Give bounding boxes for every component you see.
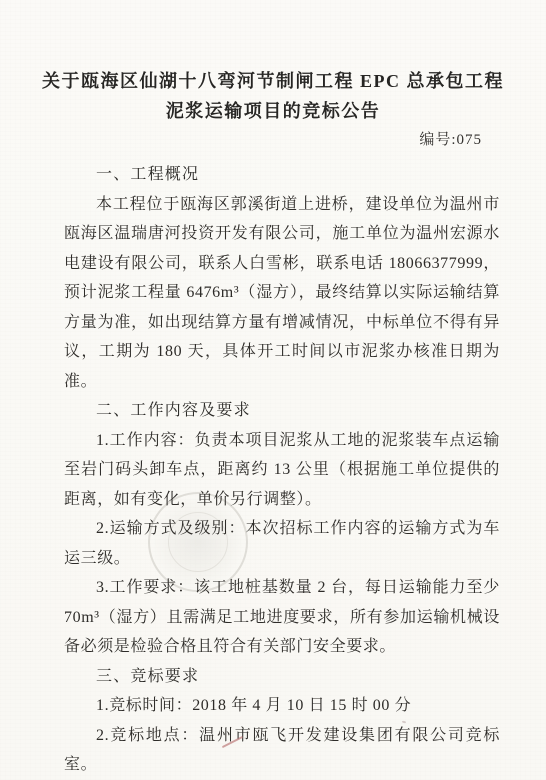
section-project-overview: 一、工程概况 本工程位于瓯海区郭溪街道上进桥，建设单位为温州市瓯海区温瑞唐河投资… bbox=[64, 160, 500, 396]
document-title-line-1: 关于瓯海区仙湖十八弯河节制闸工程 EPC 总承包工程 bbox=[18, 66, 528, 96]
section-heading-3: 三、竞标要求 bbox=[64, 662, 500, 692]
scanned-document-page: 关于瓯海区仙湖十八弯河节制闸工程 EPC 总承包工程 泥浆运输项目的竞标公告 编… bbox=[0, 0, 546, 780]
paragraph-work-content: 1.工作内容：负责本项目泥浆从工地的泥浆装车点运输至岩门码头卸车点，距离约 13… bbox=[64, 426, 500, 515]
section-heading-1: 一、工程概况 bbox=[64, 160, 500, 190]
document-title: 关于瓯海区仙湖十八弯河节制闸工程 EPC 总承包工程 泥浆运输项目的竞标公告 bbox=[18, 66, 528, 126]
paragraph-bid-location: 2.竞标地点：温州市瓯飞开发建设集团有限公司竞标室。 bbox=[64, 721, 500, 780]
paragraph-bid-time: 1.竞标时间：2018 年 4 月 10 日 15 时 00 分 bbox=[64, 691, 500, 721]
document-title-line-2: 泥浆运输项目的竞标公告 bbox=[18, 96, 528, 126]
section-heading-2: 二、工作内容及要求 bbox=[64, 396, 500, 426]
section-bidding-requirements: 三、竞标要求 1.竞标时间：2018 年 4 月 10 日 15 时 00 分 … bbox=[64, 662, 500, 780]
paragraph-project-overview: 本工程位于瓯海区郭溪街道上进桥，建设单位为温州市瓯海区温瑞唐河投资开发有限公司，… bbox=[64, 190, 500, 397]
section-work-content: 二、工作内容及要求 1.工作内容：负责本项目泥浆从工地的泥浆装车点运输至岩门码头… bbox=[64, 396, 500, 662]
document-body: 一、工程概况 本工程位于瓯海区郭溪街道上进桥，建设单位为温州市瓯海区温瑞唐河投资… bbox=[64, 160, 500, 780]
document-number: 编号:075 bbox=[0, 130, 482, 150]
paragraph-work-requirements: 3.工作要求：该工地桩基数量 2 台，每日运输能力至少70m³（湿方）且需满足工… bbox=[64, 573, 500, 662]
paragraph-transport-mode: 2.运输方式及级别：本次招标工作内容的运输方式为车运三级。 bbox=[64, 514, 500, 573]
